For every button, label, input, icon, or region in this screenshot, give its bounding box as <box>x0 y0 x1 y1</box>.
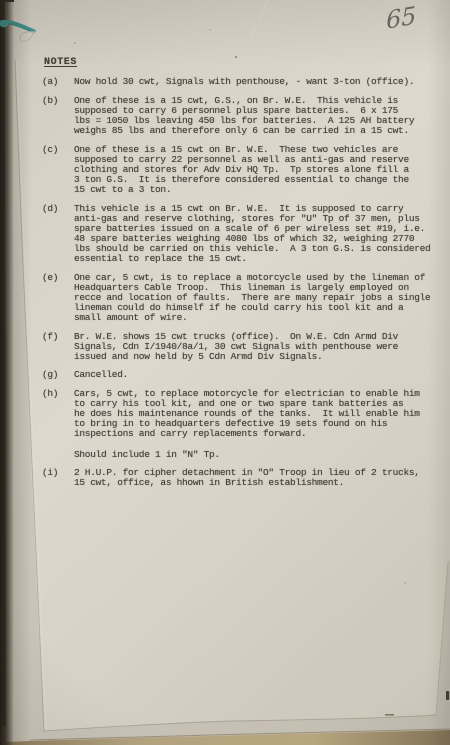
note-label: (e) <box>42 273 74 323</box>
note-label: (a) <box>42 77 74 87</box>
note-text: Cancelled. <box>74 370 442 380</box>
note-item: (g) Cancelled. <box>42 370 442 380</box>
note-label: (d) <box>42 204 74 265</box>
note-item: (a) Now hold 30 cwt, Signals with pentho… <box>42 77 442 87</box>
note-item: (i) 2 H.U.P. for cipher detachment in "O… <box>42 468 442 488</box>
notes-content: NOTES (a) Now hold 30 cwt, Signals with … <box>42 57 442 497</box>
note-label: (b) <box>42 96 74 136</box>
handwritten-page-number: 65 <box>386 1 417 35</box>
note-text: Br. W.E. shows 15 cwt trucks (office). O… <box>74 332 442 362</box>
note-item: (h) Cars, 5 cwt, to replace motorcycle f… <box>42 389 442 460</box>
note-item: (b) One of these is a 15 cwt, G.S., on B… <box>42 96 442 136</box>
note-text: 2 H.U.P. for cipher detachment in "O" Tr… <box>74 468 442 488</box>
note-item: (e) One car, 5 cwt, is to replace a moto… <box>42 273 442 323</box>
note-item: (f) Br. W.E. shows 15 cwt trucks (office… <box>42 332 442 362</box>
note-label: (f) <box>42 332 74 362</box>
note-text: Now hold 30 cwt, Signals with penthouse,… <box>74 77 442 87</box>
gutter-shadow <box>0 0 14 745</box>
photo-frame: 65 NOTES (a) Now hold 30 cwt, Signals wi… <box>0 0 450 745</box>
note-text: Cars, 5 cwt, to replace motorcycle for e… <box>74 389 442 460</box>
note-item: (d) This vehicle is a 15 cwt on Br. W.E.… <box>42 204 442 265</box>
note-text: One car, 5 cwt, is to replace a motorcyc… <box>74 273 442 323</box>
notes-heading: NOTES <box>44 58 77 68</box>
note-label: (g) <box>42 370 74 380</box>
note-text: This vehicle is a 15 cwt on Br. W.E. It … <box>74 204 442 265</box>
note-label: (c) <box>42 145 74 195</box>
note-text: One of these is a 15 cwt on Br. W.E. The… <box>74 145 442 195</box>
note-item: (c) One of these is a 15 cwt on Br. W.E.… <box>42 145 442 195</box>
note-label: (h) <box>42 389 74 460</box>
note-label: (i) <box>42 468 74 488</box>
note-text: One of these is a 15 cwt, G.S., on Br. W… <box>74 96 442 136</box>
